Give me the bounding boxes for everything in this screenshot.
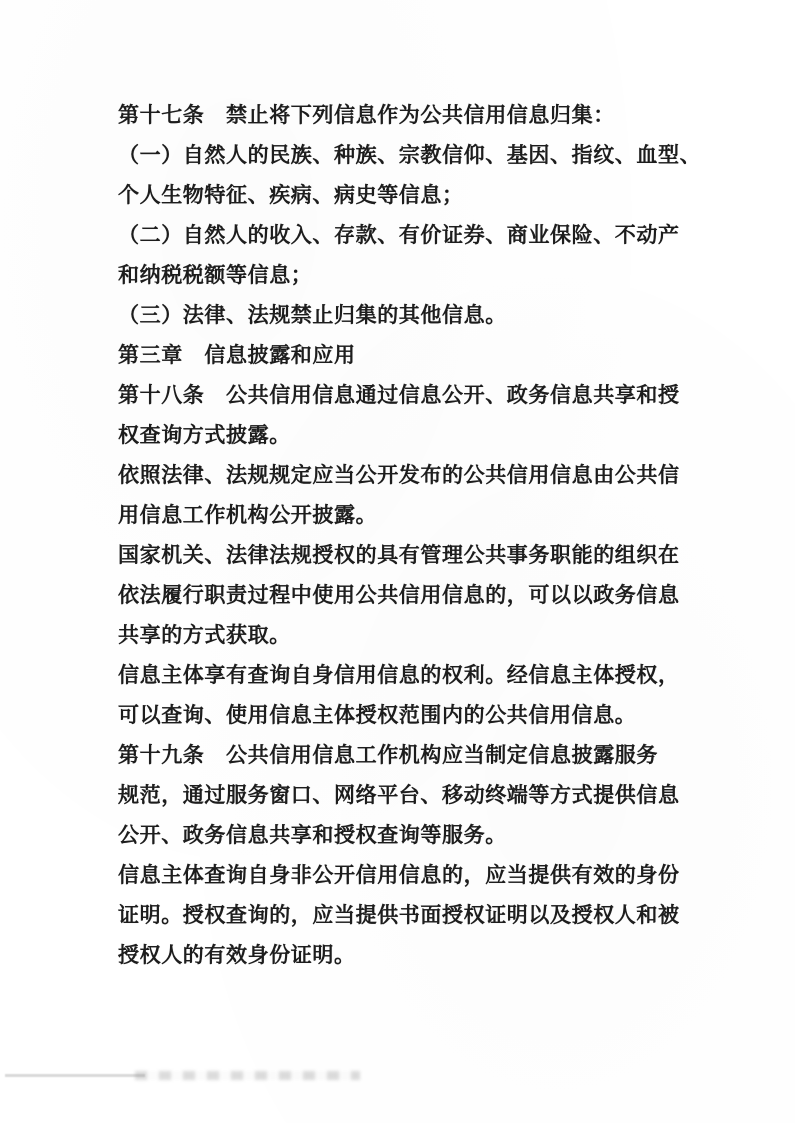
text-line: （一）自然人的民族、种族、宗教信仰、基因、指纹、血型、 bbox=[118, 135, 690, 175]
artifact-line bbox=[5, 1074, 145, 1077]
text-line: 用信息工作机构公开披露。 bbox=[118, 495, 690, 535]
text-line: （二）自然人的收入、存款、有价证券、商业保险、不动产 bbox=[118, 215, 690, 255]
paragraph-article-17-item-3: （三）法律、法规禁止归集的其他信息。 bbox=[118, 295, 690, 335]
artifact-smudge bbox=[135, 1071, 360, 1080]
paragraph-article-18-para-3: 国家机关、法律法规授权的具有管理公共事务职能的组织在 依法履行职责过程中使用公共… bbox=[118, 535, 690, 655]
text-block: 第十七条 禁止将下列信息作为公共信用信息归集： （一）自然人的民族、种族、宗教信… bbox=[118, 95, 690, 975]
text-line: 证明。授权查询的，应当提供书面授权证明以及授权人和被 bbox=[118, 895, 690, 935]
text-line: 第十八条 公共信用信息通过信息公开、政务信息共享和授 bbox=[118, 375, 690, 415]
text-line: 信息主体享有查询自身信用信息的权利。经信息主体授权， bbox=[118, 655, 690, 695]
text-line: 依法履行职责过程中使用公共信用信息的，可以以政务信息 bbox=[118, 575, 690, 615]
text-line: （三）法律、法规禁止归集的其他信息。 bbox=[118, 295, 690, 335]
paragraph-article-18-para-4: 信息主体享有查询自身信用信息的权利。经信息主体授权， 可以查询、使用信息主体授权… bbox=[118, 655, 690, 735]
paragraph-article-18-para-2: 依照法律、法规规定应当公开发布的公共信用信息由公共信 用信息工作机构公开披露。 bbox=[118, 455, 690, 535]
text-line: 信息主体查询自身非公开信用信息的，应当提供有效的身份 bbox=[118, 855, 690, 895]
text-line: 依照法律、法规规定应当公开发布的公共信用信息由公共信 bbox=[118, 455, 690, 495]
text-line: 国家机关、法律法规授权的具有管理公共事务职能的组织在 bbox=[118, 535, 690, 575]
text-line: 第三章 信息披露和应用 bbox=[118, 335, 690, 375]
cut-off-text-artifact bbox=[0, 1068, 400, 1084]
chapter-3-heading: 第三章 信息披露和应用 bbox=[118, 335, 690, 375]
paragraph-article-17: 第十七条 禁止将下列信息作为公共信用信息归集： bbox=[118, 95, 690, 135]
paragraph-article-19-para-2: 信息主体查询自身非公开信用信息的，应当提供有效的身份 证明。授权查询的，应当提供… bbox=[118, 855, 690, 975]
paragraph-article-19: 第十九条 公共信用信息工作机构应当制定信息披露服务 规范，通过服务窗口、网络平台… bbox=[118, 735, 690, 855]
text-line: 权查询方式披露。 bbox=[118, 415, 690, 455]
document-page: 第十七条 禁止将下列信息作为公共信用信息归集： （一）自然人的民族、种族、宗教信… bbox=[0, 0, 795, 1123]
text-line: 个人生物特征、疾病、病史等信息； bbox=[118, 175, 690, 215]
paragraph-article-17-item-1: （一）自然人的民族、种族、宗教信仰、基因、指纹、血型、 个人生物特征、疾病、病史… bbox=[118, 135, 690, 215]
text-line: 授权人的有效身份证明。 bbox=[118, 935, 690, 975]
text-line: 和纳税税额等信息； bbox=[118, 255, 690, 295]
text-line: 规范，通过服务窗口、网络平台、移动终端等方式提供信息 bbox=[118, 775, 690, 815]
paragraph-article-17-item-2: （二）自然人的收入、存款、有价证券、商业保险、不动产 和纳税税额等信息； bbox=[118, 215, 690, 295]
paragraph-article-18: 第十八条 公共信用信息通过信息公开、政务信息共享和授 权查询方式披露。 bbox=[118, 375, 690, 455]
text-line: 共享的方式获取。 bbox=[118, 615, 690, 655]
text-line: 第十九条 公共信用信息工作机构应当制定信息披露服务 bbox=[118, 735, 690, 775]
text-line: 可以查询、使用信息主体授权范围内的公共信用信息。 bbox=[118, 695, 690, 735]
text-line: 第十七条 禁止将下列信息作为公共信用信息归集： bbox=[118, 95, 690, 135]
text-line: 公开、政务信息共享和授权查询等服务。 bbox=[118, 815, 690, 855]
